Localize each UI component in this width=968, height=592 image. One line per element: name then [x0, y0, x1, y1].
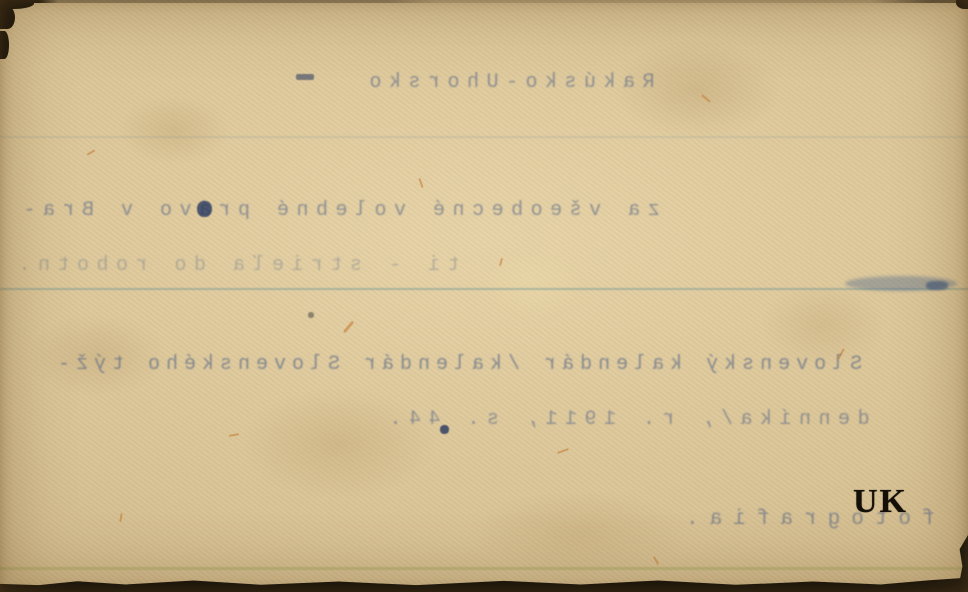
torn-edge-top	[0, 0, 968, 3]
bleed-through-text-line: ti - strieľa do robotn.	[11, 254, 460, 277]
ink-smudge	[926, 281, 948, 290]
ink-dot	[440, 425, 449, 434]
bleed-through-text-line: Slovenský kalendár /kalendár Slovenského…	[52, 353, 862, 376]
bleed-through-text-line: Rakúsko-Uhorsko	[362, 71, 655, 94]
bleed-through-text-line: denníka/, r. 1911, s. 44.	[382, 408, 870, 431]
bleed-through-text-line: za všeobecné volebné právo v Bra-	[16, 199, 660, 222]
uk-stamp: UK	[853, 483, 908, 521]
corner-mark	[0, 6, 15, 29]
corner-mark	[0, 31, 9, 59]
ink-mark	[296, 74, 314, 80]
card-photo: Rakúsko-Uhorsko za všeobecné volebné prá…	[0, 0, 968, 592]
ink-blob	[197, 201, 212, 217]
ink-dot	[308, 312, 314, 318]
